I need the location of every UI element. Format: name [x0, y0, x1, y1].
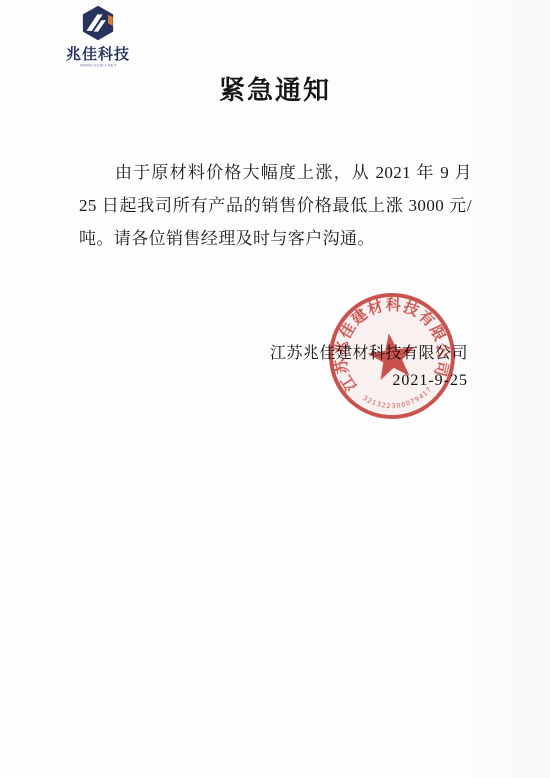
- signature-block: 江苏兆佳建材科技有限公司 2021-9-25: [270, 340, 468, 390]
- signature-company-name: 江苏兆佳建材科技有限公司: [270, 340, 468, 363]
- logo-company-name: 兆佳科技: [66, 43, 130, 64]
- hexagon-logo-icon: [80, 4, 116, 42]
- notice-title: 紧急通知: [0, 70, 550, 107]
- notice-document-page: 兆佳科技 WWW.SZJKJ.NET 紧急通知 由于原材料价格大幅度上涨，从 2…: [0, 0, 550, 778]
- logo-website-url: WWW.SZJKJ.NET: [80, 63, 116, 68]
- signature-date: 2021-9-25: [270, 372, 468, 390]
- notice-body-paragraph: 由于原材料价格大幅度上涨，从 2021 年 9 月 25 日起我司所有产品的销售…: [79, 156, 472, 255]
- company-logo: 兆佳科技 WWW.SZJKJ.NET: [58, 4, 138, 72]
